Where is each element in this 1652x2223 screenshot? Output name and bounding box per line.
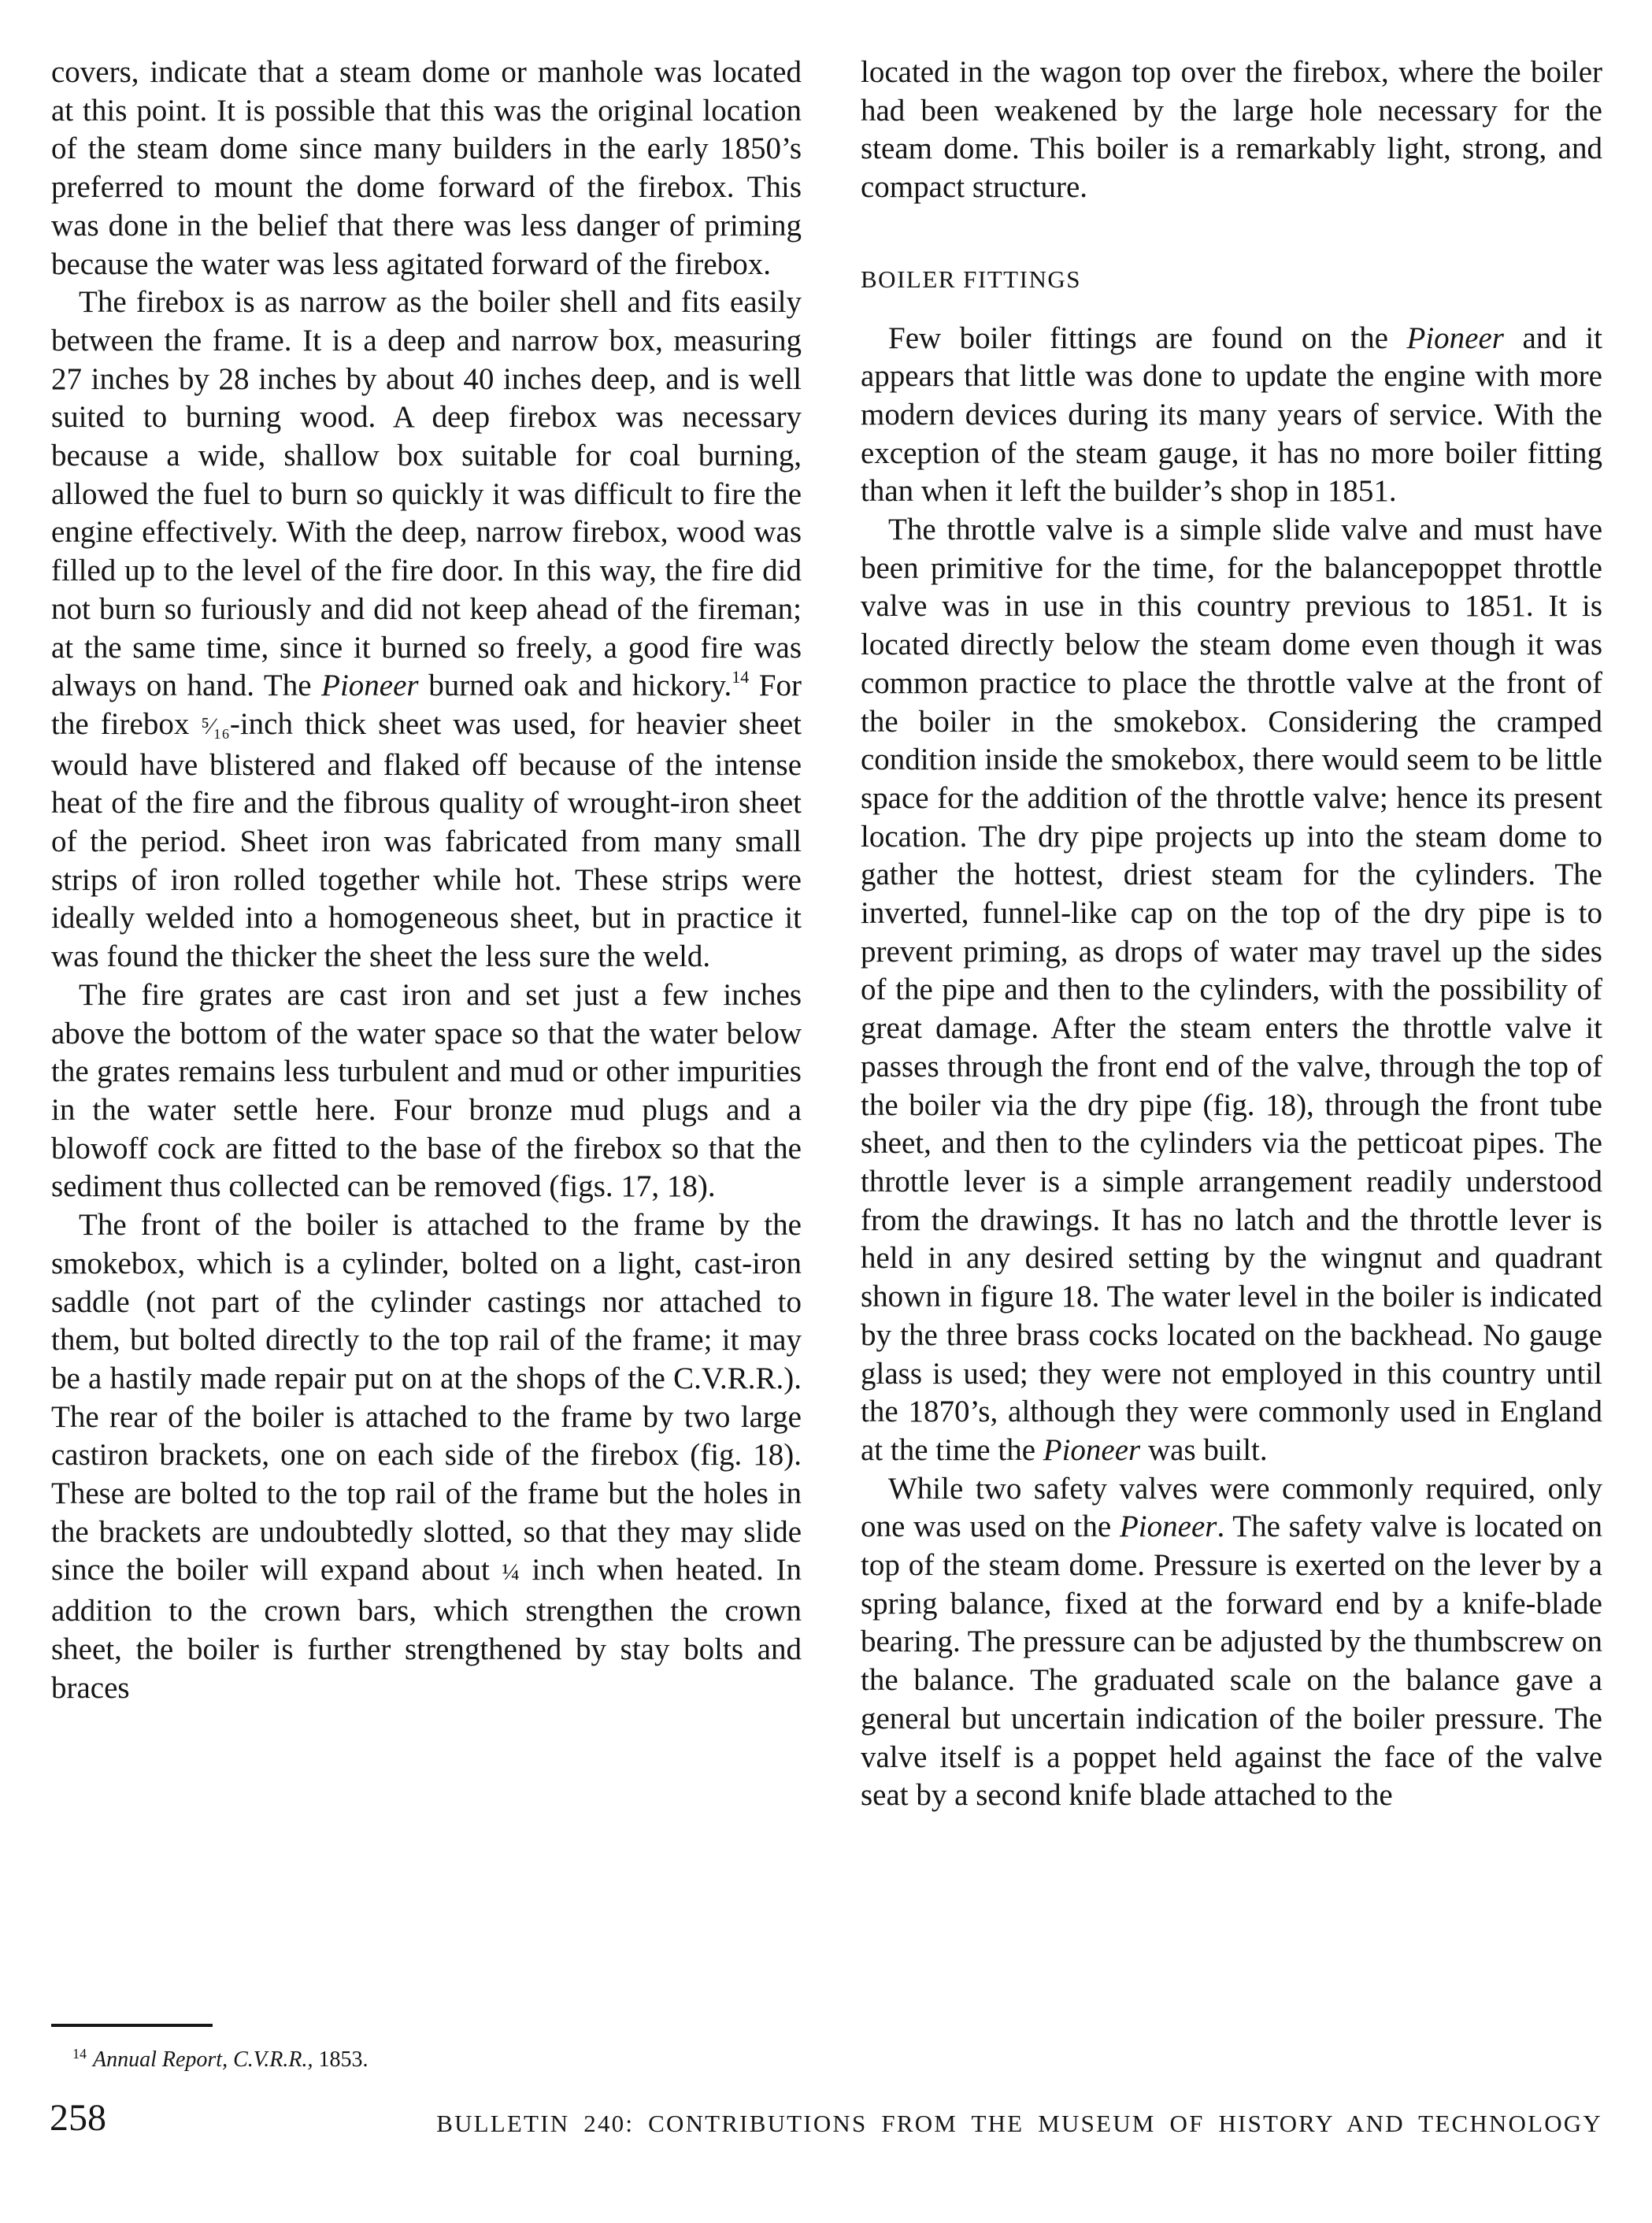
italic-ship-name: Pioneer: [1120, 1510, 1217, 1543]
paragraph: covers, indicate that a steam dome or ma…: [51, 54, 802, 283]
footnote-citation-title: Annual Report, C.V.R.R.,: [93, 2047, 313, 2072]
text-run: was built.: [1140, 1433, 1267, 1467]
text-run: . The safety valve is located on top of …: [861, 1510, 1602, 1812]
text-run: Few boiler fittings are found on the: [888, 321, 1407, 355]
left-column: covers, indicate that a steam dome or ma…: [51, 54, 802, 1707]
paragraph: While two safety valves were commonly re…: [861, 1470, 1602, 1815]
paragraph: The throttle valve is a simple slide val…: [861, 511, 1602, 1470]
text-run: The fire grates are cast iron and set ju…: [51, 978, 802, 1204]
section-heading: BOILER FITTINGS: [861, 261, 1602, 299]
running-footer: BULLETIN 240: CONTRIBUTIONS FROM THE MUS…: [248, 2106, 1602, 2141]
footnote-number: 14: [72, 2046, 87, 2062]
fraction: ¼: [502, 1559, 520, 1585]
italic-ship-name: Pioneer: [1043, 1433, 1140, 1467]
footnote-citation-year: 1853.: [313, 2047, 368, 2072]
right-column: located in the wagon top over the firebo…: [861, 54, 1602, 1815]
paragraph: The front of the boiler is attached to t…: [51, 1206, 802, 1707]
italic-ship-name: Pioneer: [1407, 321, 1504, 355]
paragraph: The fire grates are cast iron and set ju…: [51, 976, 802, 1206]
page-number: 258: [50, 2096, 106, 2140]
text-run: burned oak and hickory.: [419, 669, 732, 702]
continued-paragraph: located in the wagon top over the firebo…: [861, 54, 1602, 207]
text-run: covers, indicate that a steam dome or ma…: [51, 55, 802, 281]
footnote-divider: [51, 2024, 213, 2027]
text-run: -inch thick sheet was used, for heavier …: [51, 707, 802, 973]
footnote-reference[interactable]: 14: [732, 667, 749, 687]
footnote-14: 14Annual Report, C.V.R.R., 1853.: [72, 2038, 368, 2076]
text-run: The throttle valve is a simple slide val…: [861, 513, 1602, 1467]
fraction: ⁵⁄₁₆: [201, 713, 229, 739]
text-run: The firebox is as narrow as the boiler s…: [51, 285, 802, 702]
italic-ship-name: Pioneer: [321, 669, 418, 702]
text-run: The front of the boiler is attached to t…: [51, 1208, 802, 1587]
paragraph: The firebox is as narrow as the boiler s…: [51, 283, 802, 976]
paragraph: Few boiler fittings are found on the Pio…: [861, 320, 1602, 512]
